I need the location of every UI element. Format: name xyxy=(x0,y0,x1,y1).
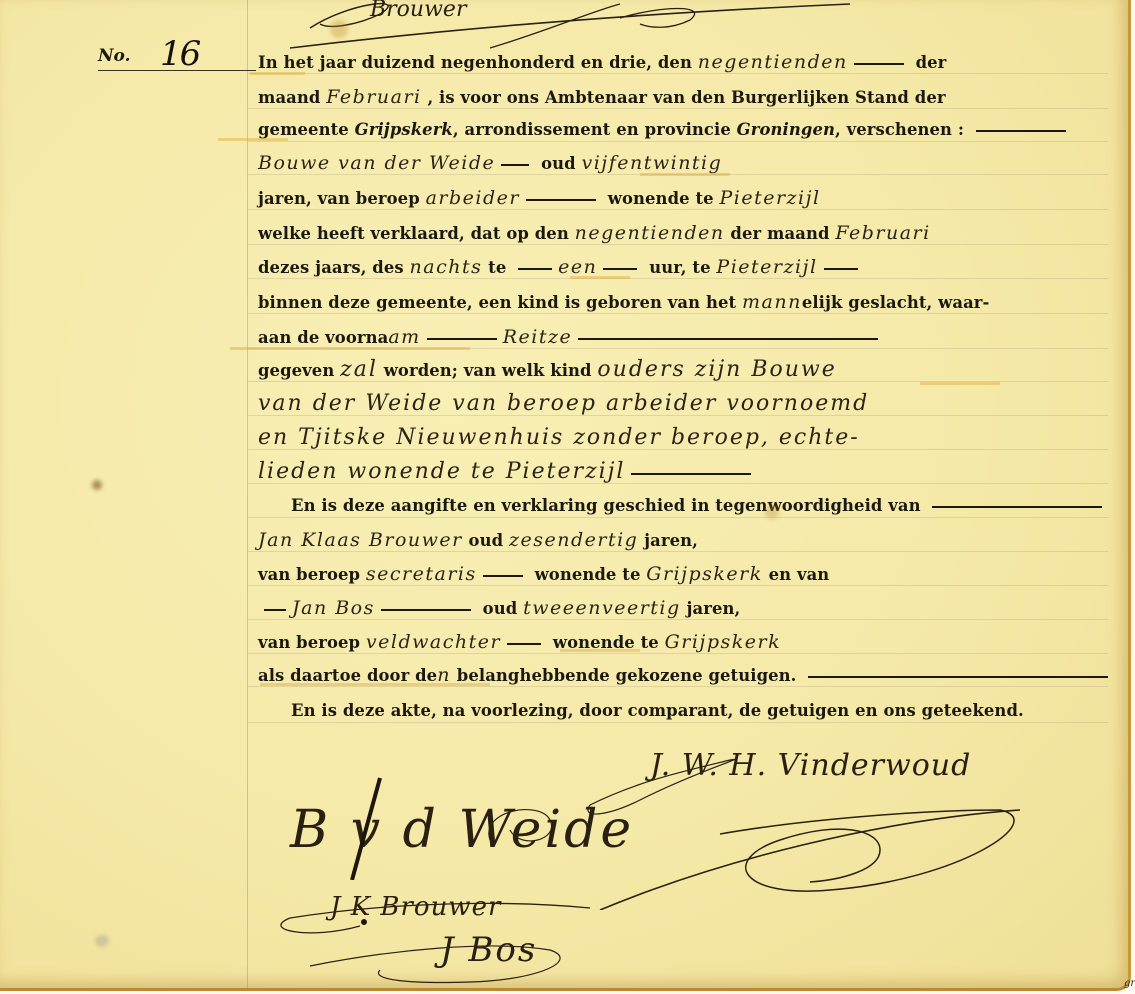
fill-dash xyxy=(501,164,529,166)
printed-text: aan de voorna xyxy=(258,328,388,347)
highlight-stroke xyxy=(560,649,640,652)
fill-dash xyxy=(427,338,497,340)
record-line: Bouwe van der Weide oud vijfentwintig xyxy=(258,152,722,175)
printed-text: , is voor ons Ambtenaar van den Burgerli… xyxy=(422,88,946,107)
printed-text: En is deze akte, na voorlezing, door com… xyxy=(258,701,1024,720)
handwritten-entry: en Tjitske Nieuwenhuis zonder beroep, ec… xyxy=(258,425,860,450)
printed-text: En is deze aangifte en verklaring geschi… xyxy=(258,496,926,515)
record-line: van beroep veldwachter wonende te Grijps… xyxy=(258,631,781,654)
fill-dash xyxy=(976,130,1066,132)
record-line: dezes jaars, des nachts te een uur, te P… xyxy=(258,256,864,279)
printed-text: , arrondissement en provincie xyxy=(453,120,737,139)
printed-text: jaren, van beroep xyxy=(258,189,426,208)
civil-record-page: Brouwer No. 16 In het jaar duizend negen… xyxy=(0,0,1131,991)
fill-dash xyxy=(507,643,541,645)
handwritten-entry: nachts xyxy=(410,256,483,278)
fill-dash xyxy=(526,199,596,201)
fill-dash xyxy=(381,609,471,611)
printed-text: dezes jaars, des xyxy=(258,258,410,277)
printed-text: jaren, xyxy=(681,599,741,618)
ruled-line xyxy=(248,722,1108,723)
handwritten-entry: Pieterzijl xyxy=(719,187,820,209)
ruled-line xyxy=(248,141,1108,142)
handwritten-entry: Pieterzijl xyxy=(716,256,817,278)
printed-text: belanghebbende gekozene getuigen. xyxy=(451,666,802,685)
record-line: binnen deze gemeente, een kind is gebore… xyxy=(258,291,989,314)
margin-rule xyxy=(247,0,248,988)
handwritten-entry: Jan Klaas Brouwer xyxy=(258,529,463,551)
record-line: lieden wonende te Pieterzijl xyxy=(258,461,757,484)
highlight-stroke xyxy=(218,138,288,141)
handwritten-entry: negentienden xyxy=(698,51,848,73)
top-signature-flourish: Brouwer xyxy=(290,0,850,50)
paper-stain xyxy=(330,20,348,38)
printed-text: maand xyxy=(258,88,326,107)
record-number-label: No. xyxy=(98,46,131,66)
record-line: En is deze aangifte en verklaring geschi… xyxy=(258,495,1108,517)
fill-dash xyxy=(854,63,904,65)
printed-text: der xyxy=(910,53,947,72)
svg-text:Brouwer: Brouwer xyxy=(369,0,468,22)
signature-witness-2-flourish xyxy=(310,930,570,994)
ruled-line xyxy=(248,517,1108,518)
printed-text: oud xyxy=(535,154,581,173)
fill-dash xyxy=(808,676,1108,678)
printed-text: oud xyxy=(477,599,523,618)
printed-place-name: Groningen xyxy=(737,120,835,139)
printed-text: jaren, xyxy=(638,531,698,550)
handwritten-entry: ouders zijn Bouwe xyxy=(597,357,836,382)
record-line: van der Weide van beroep arbeider voorno… xyxy=(258,393,869,416)
handwritten-entry: Februari xyxy=(835,222,930,244)
record-line: Jan Klaas Brouwer oud zesendertig jaren, xyxy=(258,529,698,552)
record-line: In het jaar duizend negenhonderd en drie… xyxy=(258,51,946,74)
record-line: van beroep secretaris wonende te Grijpsk… xyxy=(258,563,829,586)
record-line: gemeente Grijpskerk, arrondissement en p… xyxy=(258,119,1072,141)
printed-text: wonende te xyxy=(602,189,720,208)
record-line: maand Februari , is voor ons Ambtenaar v… xyxy=(258,86,946,109)
printed-text: te xyxy=(482,258,512,277)
record-line: gegeven zal worden; van welk kind ouders… xyxy=(258,359,837,382)
printed-text: gemeente xyxy=(258,120,355,139)
record-line: jaren, van beroep arbeider wonende te Pi… xyxy=(258,187,821,210)
printed-text: uur, te xyxy=(643,258,716,277)
signature-declarant-flourish xyxy=(280,770,600,880)
highlight-stroke xyxy=(570,276,630,279)
record-line: En is deze akte, na voorlezing, door com… xyxy=(258,700,1024,722)
record-number-rule xyxy=(98,70,256,71)
handwritten-entry: Reitze xyxy=(503,326,573,348)
printed-place-name: Grijpskerk xyxy=(355,120,453,139)
printed-text: en van xyxy=(763,565,830,584)
paper-stain xyxy=(95,935,109,947)
printed-text: welke heeft verklaard, dat op den xyxy=(258,224,575,243)
corner-mark: gr xyxy=(1124,978,1135,989)
handwritten-entry: secretaris xyxy=(366,563,477,585)
handwritten-entry: negentienden xyxy=(575,222,725,244)
handwritten-entry: Grijpskerk xyxy=(646,563,763,585)
handwritten-entry: vijfentwintig xyxy=(582,152,723,174)
printed-text: gegeven xyxy=(258,361,340,380)
handwritten-entry: arbeider xyxy=(426,187,520,209)
record-line: Jan Bos oud tweeenveertig jaren, xyxy=(258,597,740,620)
handwritten-entry: lieden wonende te Pieterzijl xyxy=(258,459,625,484)
handwritten-entry: tweeenveertig xyxy=(523,597,681,619)
printed-text: wonende te xyxy=(529,565,647,584)
fill-dash xyxy=(264,609,286,611)
printed-text: oud xyxy=(463,531,509,550)
fill-dash xyxy=(631,473,751,475)
paper-stain xyxy=(765,505,779,519)
fill-dash xyxy=(518,268,552,270)
handwritten-entry: zal xyxy=(340,357,378,382)
printed-text: , verschenen : xyxy=(835,120,970,139)
highlight-stroke xyxy=(250,72,305,75)
printed-text: van beroep xyxy=(258,565,366,584)
fill-dash xyxy=(578,338,878,340)
record-line: en Tjitske Nieuwenhuis zonder beroep, ec… xyxy=(258,427,860,450)
signature-official-flourish xyxy=(580,740,1060,910)
handwritten-entry: am xyxy=(388,326,420,348)
printed-text: worden; van welk kind xyxy=(378,361,598,380)
highlight-stroke xyxy=(640,173,730,176)
handwritten-entry: zesendertig xyxy=(509,529,638,551)
fill-dash xyxy=(483,575,523,577)
highlight-stroke xyxy=(920,382,1000,385)
printed-text: elijk geslacht, waar- xyxy=(802,293,990,312)
fill-dash xyxy=(603,268,637,270)
handwritten-entry: mann xyxy=(742,291,802,313)
highlight-stroke xyxy=(230,347,470,350)
handwritten-entry: veldwachter xyxy=(366,631,501,653)
handwritten-entry: een xyxy=(558,256,597,278)
paper-stain xyxy=(92,480,102,490)
handwritten-entry: van der Weide van beroep arbeider voorno… xyxy=(258,391,869,416)
record-number-value: 16 xyxy=(160,34,199,74)
printed-text: van beroep xyxy=(258,633,366,652)
record-line: welke heeft verklaard, dat op den negent… xyxy=(258,222,931,245)
record-line: aan de voornaamReitze xyxy=(258,326,884,349)
handwritten-entry: Februari xyxy=(326,86,421,108)
printed-text: der maand xyxy=(725,224,836,243)
handwritten-entry: Bouwe van der Weide xyxy=(258,152,495,174)
fill-dash xyxy=(932,506,1102,508)
handwritten-entry: Jan Bos xyxy=(292,597,375,619)
handwritten-entry: Grijpskerk xyxy=(665,631,782,653)
fill-dash xyxy=(824,268,858,270)
printed-text: binnen deze gemeente, een kind is gebore… xyxy=(258,293,742,312)
printed-text: In het jaar duizend negenhonderd en drie… xyxy=(258,53,698,72)
highlight-stroke xyxy=(260,683,490,686)
